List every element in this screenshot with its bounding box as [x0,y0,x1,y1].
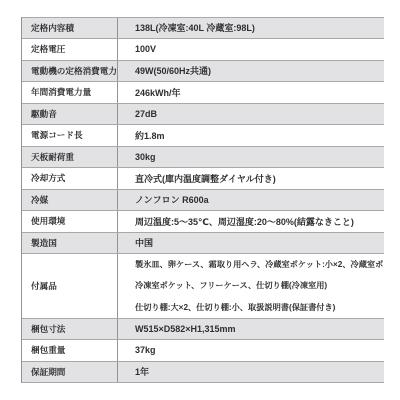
spec-value: 30kg [117,147,384,167]
table-row: 定格電圧 100V [22,39,384,61]
table-row: 冷媒 ノンフロン R600a [22,189,384,211]
table-row: 定格内容積 138L(冷凍室:40L 冷蔵室:98L) [22,17,384,39]
spec-label: 冷媒 [22,190,117,210]
accessory-line: 製氷皿、卵ケース、霜取り用ヘラ、冷蔵室ポケット:小×2、冷蔵室ポケット:大 [135,254,384,276]
spec-label: 電源コード長 [22,125,117,147]
spec-label: 駆動音 [22,104,117,124]
table-row-accessories: 付属品 製氷皿、卵ケース、霜取り用ヘラ、冷蔵室ポケット:小×2、冷蔵室ポケット:… [22,254,384,319]
spec-value: 中国 [117,233,384,253]
spec-value: 138L(冷凍室:40L 冷蔵室:98L) [117,18,384,38]
spec-table: 定格内容積 138L(冷凍室:40L 冷蔵室:98L) 定格電圧 100V 電動… [21,17,384,383]
spec-label: 冷却方式 [22,168,117,190]
spec-value: 1年 [117,362,384,382]
table-row: 梱包重量 37kg [22,340,384,362]
spec-label: 梱包寸法 [22,319,117,339]
spec-value: W515×D582×H1,315mm [117,319,384,339]
spec-label: 電動機の定格消費電力 [22,61,117,81]
spec-value: 27dB [117,104,384,124]
table-row: 製造国 中国 [22,232,384,254]
table-row: 天板耐荷重 30kg [22,146,384,168]
spec-label: 製造国 [22,233,117,253]
spec-label: 付属品 [22,254,117,319]
spec-label: 梱包重量 [22,340,117,362]
table-row: 電源コード長 約1.8m [22,125,384,147]
accessory-line: 仕切り棚:大×2、仕切り棚:小、取扱説明書(保証書付き) [135,297,335,319]
table-row: 使用環境 周辺温度:5〜35℃、周辺湿度:20〜80%(結露なきこと) [22,211,384,233]
table-row: 年間消費電力量 246kWh/年 [22,82,384,104]
table-row: 電動機の定格消費電力 49W(50/60Hz共通) [22,60,384,82]
spec-label: 定格電圧 [22,39,117,61]
spec-value: 約1.8m [117,125,384,147]
spec-label: 定格内容積 [22,18,117,38]
spec-value: 周辺温度:5〜35℃、周辺湿度:20〜80%(結露なきこと) [117,211,384,233]
spec-label: 使用環境 [22,211,117,233]
spec-value: 49W(50/60Hz共通) [117,61,384,81]
table-row: 保証期間 1年 [22,361,384,383]
accessory-line: 冷凍室ポケット、フリーケース、仕切り棚(冷凍室用) [135,275,327,297]
table-row: 駆動音 27dB [22,103,384,125]
spec-value: 直冷式(庫内温度調整ダイヤル付き) [117,168,384,190]
spec-value: 100V [117,39,384,61]
spec-value: ノンフロン R600a [117,190,384,210]
table-row: 梱包寸法 W515×D582×H1,315mm [22,318,384,340]
spec-value-multiline: 製氷皿、卵ケース、霜取り用ヘラ、冷蔵室ポケット:小×2、冷蔵室ポケット:大 冷凍… [117,254,384,319]
spec-value: 246kWh/年 [117,82,384,104]
spec-label: 年間消費電力量 [22,82,117,104]
spec-label: 天板耐荷重 [22,147,117,167]
product-spec-page: 定格内容積 138L(冷凍室:40L 冷蔵室:98L) 定格電圧 100V 電動… [0,0,400,400]
table-row: 冷却方式 直冷式(庫内温度調整ダイヤル付き) [22,168,384,190]
spec-value: 37kg [117,340,384,362]
spec-label: 保証期間 [22,362,117,382]
